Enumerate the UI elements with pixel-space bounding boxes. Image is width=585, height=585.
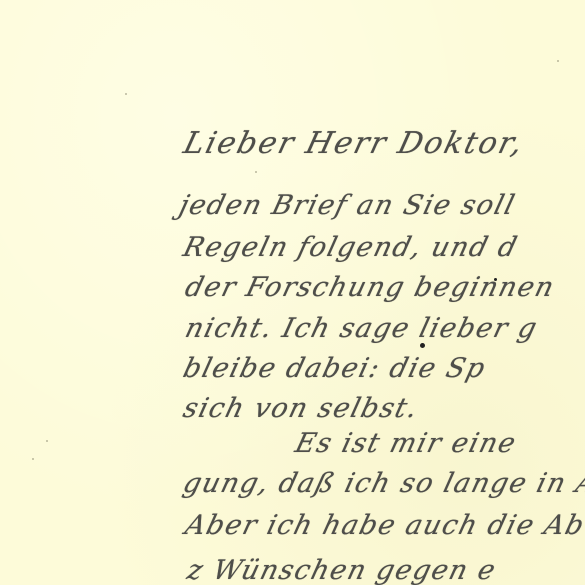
letter-page: Lieber Herr Doktor, jeden Brief an Sie s… — [0, 0, 585, 585]
letter-line-3: der Forschung beginnen — [182, 272, 558, 303]
ink-blot — [420, 343, 425, 348]
letter-line-1: jeden Brief an Sie soll — [176, 190, 519, 221]
letter-line-10: z Wünschen gegen e — [184, 555, 500, 585]
ink-blot — [494, 278, 497, 281]
letter-line-7: Es ist mir eine — [292, 428, 520, 459]
letter-line-8: gung, daß ich so lange in Ar — [180, 468, 585, 499]
paper-speck — [557, 60, 559, 62]
letter-line-5: bleibe dabei: die Sp — [180, 353, 489, 384]
letter-line-4: nicht. Ich sage lieber g — [182, 313, 541, 344]
paper-speck — [32, 458, 34, 460]
paper-speck — [46, 440, 48, 442]
letter-line-2: Regeln folgend, und d — [180, 232, 521, 263]
letter-line-6: sich von selbst. — [180, 393, 422, 424]
letter-salutation: Lieber Herr Doktor, — [180, 126, 528, 161]
letter-line-9: Aber ich habe auch die Ab — [182, 510, 585, 541]
paper-speck — [125, 93, 127, 95]
paper-speck — [255, 171, 257, 173]
